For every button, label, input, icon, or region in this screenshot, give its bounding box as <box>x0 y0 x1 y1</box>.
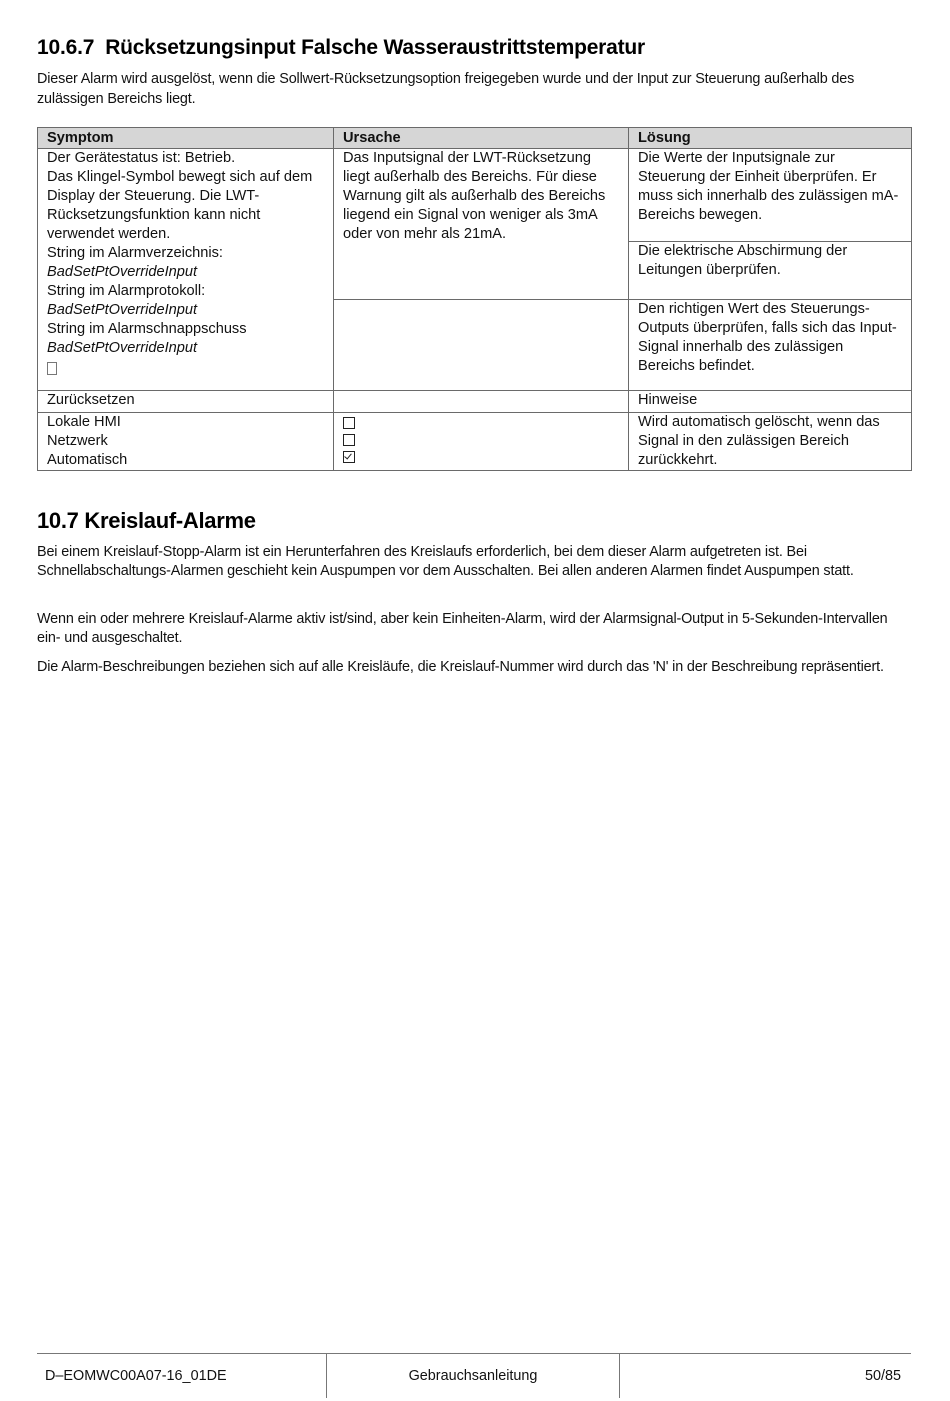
section2-heading: 10.7 Kreislauf-Alarme <box>37 508 256 534</box>
checkbox-automatic-checked-icon <box>343 451 355 463</box>
page-footer: D–EOMWC00A07-16_01DE Gebrauchsanleitung … <box>37 1353 911 1398</box>
section2-paragraph-1: Bei einem Kreislauf-Stopp-Alarm ist ein … <box>37 543 911 581</box>
alarm-log-label: String im Alarmprotokoll: <box>47 282 324 301</box>
solution-cell-3: Den richtigen Wert des Steuerungs-Output… <box>629 300 912 391</box>
section2-paragraph-3: Die Alarm-Beschreibungen beziehen sich a… <box>37 658 911 677</box>
cause-cell: Das Inputsignal der LWT-Rücksetzung lieg… <box>334 149 629 300</box>
alarm-table: Symptom Ursache Lösung Der Gerätestatus … <box>37 127 912 471</box>
checkbox-local-hmi-icon <box>343 417 355 429</box>
section-number: 10.6.7 <box>37 36 94 59</box>
checkbox-network-icon <box>343 434 355 446</box>
section-intro: Dieser Alarm wird ausgelöst, wenn die So… <box>37 70 911 109</box>
section2-paragraph-2: Wenn ein oder mehrere Kreislauf-Alarme a… <box>37 610 911 648</box>
table-row: Lokale HMI Netzwerk Automatisch Wird aut… <box>38 413 912 471</box>
header-symptom: Symptom <box>38 128 334 149</box>
notes-cell: Wird automatisch gelöscht, wenn das Sign… <box>629 413 912 471</box>
placeholder-box-icon <box>47 362 57 375</box>
solution-cell-2: Die elektrische Abschirmung der Leitunge… <box>629 241 912 299</box>
alarm-snapshot-string: BadSetPtOverrideInput <box>47 339 324 358</box>
table-row: Der Gerätestatus ist: Betrieb. Das Kling… <box>38 149 912 242</box>
reset-option-local-hmi: Lokale HMI <box>47 413 324 432</box>
section-heading: 10.6.7Rücksetzungsinput Falsche Wasserau… <box>37 36 645 60</box>
footer-doc-id: D–EOMWC00A07-16_01DE <box>37 1354 327 1398</box>
alarm-list-string: BadSetPtOverrideInput <box>47 263 324 282</box>
reset-option-automatic: Automatisch <box>47 451 324 470</box>
table-header-row: Symptom Ursache Lösung <box>38 128 912 149</box>
reset-option-network: Netzwerk <box>47 432 324 451</box>
alarm-list-label: String im Alarmverzeichnis: <box>47 244 324 263</box>
footer-doc-type: Gebrauchsanleitung <box>327 1354 620 1398</box>
table-row: Zurücksetzen Hinweise <box>38 391 912 413</box>
symptom-cell: Der Gerätestatus ist: Betrieb. Das Kling… <box>38 149 334 391</box>
alarm-log-string: BadSetPtOverrideInput <box>47 301 324 320</box>
solution-cell-1: Die Werte der Inputsignale zur Steuerung… <box>629 149 912 242</box>
footer-page-number: 50/85 <box>620 1354 911 1398</box>
section-title: Rücksetzungsinput Falsche Wasseraustritt… <box>105 36 645 59</box>
reset-checkboxes-cell <box>334 413 629 471</box>
symptom-description: Das Klingel-Symbol bewegt sich auf dem D… <box>47 168 324 244</box>
header-solution: Lösung <box>629 128 912 149</box>
cause-cell-empty <box>334 300 629 391</box>
header-cause: Ursache <box>334 128 629 149</box>
alarm-snapshot-label: String im Alarmschnappschuss <box>47 320 324 339</box>
symptom-status: Der Gerätestatus ist: Betrieb. <box>47 149 324 168</box>
reset-label: Zurücksetzen <box>38 391 334 413</box>
reset-empty-cell <box>334 391 629 413</box>
reset-options-cell: Lokale HMI Netzwerk Automatisch <box>38 413 334 471</box>
notes-label: Hinweise <box>629 391 912 413</box>
